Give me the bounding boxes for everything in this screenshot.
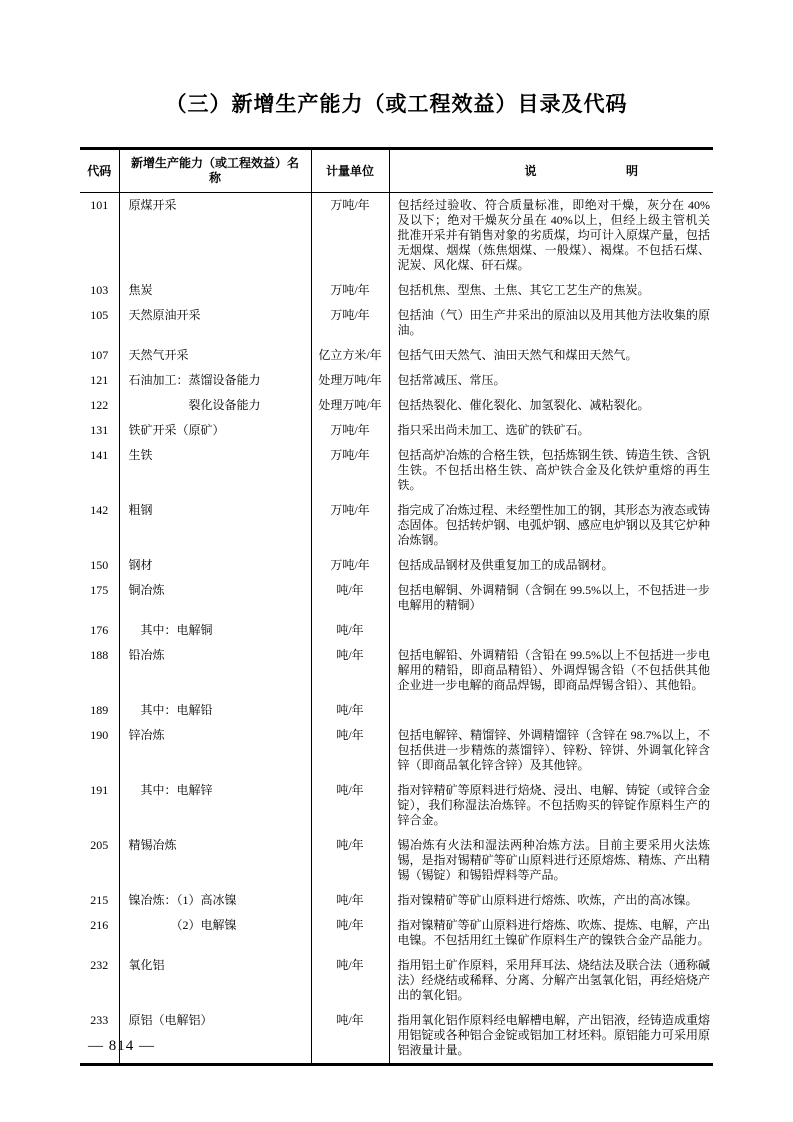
code-cell: 142 xyxy=(80,498,119,553)
header-name: 新增生产能力（或工程效益）名 称 xyxy=(119,149,311,193)
description-cell: 包括气田天然气、油田天然气和煤田天然气。 xyxy=(389,343,713,368)
description-cell: 指用氧化铝作原料经电解槽电解，产出铝液，经铸造成重熔用铝锭或各种铝合金锭或铝加工… xyxy=(389,1008,713,1065)
code-cell: 105 xyxy=(80,303,119,343)
page-number: — 814 — xyxy=(88,1038,155,1055)
name-cell: 锌冶炼 xyxy=(119,723,311,778)
code-cell: 101 xyxy=(80,193,119,279)
description-cell: 包括热裂化、催化裂化、加氢裂化、减粘裂化。 xyxy=(389,393,713,418)
table-row: 107 天然气开采 亿立方米/年 包括气田天然气、油田天然气和煤田天然气。 xyxy=(80,343,713,368)
table-row: 216 （2）电解镍 吨/年 指对镍精矿等矿山原料进行熔炼、吹炼、提炼、电解，产… xyxy=(80,913,713,953)
code-cell: 175 xyxy=(80,578,119,618)
code-cell: 131 xyxy=(80,418,119,443)
table-row: 122 裂化设备能力 处理万吨/年 包括热裂化、催化裂化、加氢裂化、减粘裂化。 xyxy=(80,393,713,418)
description-cell: 包括电解铅、外调精铅（含铅在 99.5%以上不包括进一步电解用的精铅，即商品精铅… xyxy=(389,643,713,698)
description-cell: 包括常减压、常压。 xyxy=(389,368,713,393)
code-cell: 215 xyxy=(80,888,119,913)
name-cell: 生铁 xyxy=(119,443,311,498)
table-row: 150 钢材 万吨/年 包括成品钢材及供重复加工的成品钢材。 xyxy=(80,553,713,578)
page-title: （三）新增生产能力（或工程效益）目录及代码 xyxy=(0,0,793,118)
unit-cell: 万吨/年 xyxy=(311,278,389,303)
description-cell: 锡冶炼有火法和湿法两种冶炼方法。目前主要采用火法炼锡，是指对锡精矿等矿山原料进行… xyxy=(389,833,713,888)
name-cell: 天然原油开采 xyxy=(119,303,311,343)
table-row: 188 铅冶炼 吨/年 包括电解铅、外调精铅（含铅在 99.5%以上不包括进一步… xyxy=(80,643,713,698)
code-cell: 122 xyxy=(80,393,119,418)
description-cell: 指对镍精矿等矿山原料进行熔炼、吹炼、提炼、电解，产出电镍。不包括用红土镍矿作原料… xyxy=(389,913,713,953)
unit-cell: 万吨/年 xyxy=(311,498,389,553)
description-cell xyxy=(389,698,713,723)
code-cell: 232 xyxy=(80,953,119,1008)
name-cell: 镍冶炼：（1）高冰镍 xyxy=(119,888,311,913)
description-cell: 包括成品钢材及供重复加工的成品钢材。 xyxy=(389,553,713,578)
table-row: 215 镍冶炼：（1）高冰镍 吨/年 指对镍精矿等矿山原料进行熔炼、吹炼，产出的… xyxy=(80,888,713,913)
name-cell: 焦炭 xyxy=(119,278,311,303)
unit-cell: 亿立方米/年 xyxy=(311,343,389,368)
name-cell: 铜冶炼 xyxy=(119,578,311,618)
table-header-row: 代码 新增生产能力（或工程效益）名 称 计量单位 说明 xyxy=(80,149,713,193)
name-cell: 其中：电解铅 xyxy=(119,698,311,723)
name-cell: 原煤开采 xyxy=(119,193,311,279)
code-cell: 190 xyxy=(80,723,119,778)
table-row: 103 焦炭 万吨/年 包括机焦、型焦、土焦、其它工艺生产的焦炭。 xyxy=(80,278,713,303)
name-cell: 裂化设备能力 xyxy=(119,393,311,418)
header-description: 说明 xyxy=(389,149,713,193)
description-cell: 包括电解锌、精馏锌、外调精馏锌（含锌在 98.7%以上，不包括供进一步精炼的蒸馏… xyxy=(389,723,713,778)
unit-cell: 处理万吨/年 xyxy=(311,393,389,418)
description-cell: 包括油（气）田生产井采出的原油以及用其他方法收集的原油。 xyxy=(389,303,713,343)
table-row: 205 精锡冶炼 吨/年 锡冶炼有火法和湿法两种冶炼方法。目前主要采用火法炼锡，… xyxy=(80,833,713,888)
unit-cell: 万吨/年 xyxy=(311,443,389,498)
table-row: 189 其中：电解铅 吨/年 xyxy=(80,698,713,723)
code-cell: 176 xyxy=(80,618,119,643)
table-row: 191 其中：电解锌 吨/年 指对锌精矿等原料进行焙烧、浸出、电解、铸锭（或锌合… xyxy=(80,778,713,833)
description-cell xyxy=(389,618,713,643)
code-cell: 216 xyxy=(80,913,119,953)
code-cell: 188 xyxy=(80,643,119,698)
name-cell: 钢材 xyxy=(119,553,311,578)
code-cell: 191 xyxy=(80,778,119,833)
description-cell: 指用铝土矿作原料，采用拜耳法、烧结法及联合法（通称碱法）经烧结或稀释、分离、分解… xyxy=(389,953,713,1008)
unit-cell: 吨/年 xyxy=(311,953,389,1008)
capacity-code-table: 代码 新增生产能力（或工程效益）名 称 计量单位 说明 101 原煤开采 万吨/… xyxy=(80,147,713,1066)
description-cell: 包括机焦、型焦、土焦、其它工艺生产的焦炭。 xyxy=(389,278,713,303)
table-row: 176 其中：电解铜 吨/年 xyxy=(80,618,713,643)
unit-cell: 吨/年 xyxy=(311,643,389,698)
name-cell: 石油加工：蒸馏设备能力 xyxy=(119,368,311,393)
name-cell: （2）电解镍 xyxy=(119,913,311,953)
unit-cell: 吨/年 xyxy=(311,578,389,618)
unit-cell: 万吨/年 xyxy=(311,418,389,443)
name-cell: 精锡冶炼 xyxy=(119,833,311,888)
unit-cell: 吨/年 xyxy=(311,618,389,643)
unit-cell: 吨/年 xyxy=(311,1008,389,1065)
table-row: 142 粗钢 万吨/年 指完成了冶炼过程、未经塑性加工的钢，其形态为液态或铸态固… xyxy=(80,498,713,553)
name-cell: 铅冶炼 xyxy=(119,643,311,698)
name-cell: 氧化铝 xyxy=(119,953,311,1008)
table-row: 141 生铁 万吨/年 包括高炉冶炼的合格生铁，包括炼钢生铁、铸造生铁、含钒生铁… xyxy=(80,443,713,498)
table-body: 101 原煤开采 万吨/年 包括经过验收、符合质量标准，即绝对干燥，灰分在 40… xyxy=(80,193,713,1065)
unit-cell: 吨/年 xyxy=(311,698,389,723)
description-cell: 指对镍精矿等矿山原料进行熔炼、吹炼，产出的高冰镍。 xyxy=(389,888,713,913)
description-cell: 指完成了冶炼过程、未经塑性加工的钢，其形态为液态或铸态固体。包括转炉钢、电弧炉钢… xyxy=(389,498,713,553)
unit-cell: 吨/年 xyxy=(311,913,389,953)
description-cell: 包括经过验收、符合质量标准，即绝对干燥，灰分在 40%及以下；绝对干燥灰分虽在 … xyxy=(389,193,713,279)
description-cell: 指只采出尚未加工、选矿的铁矿石。 xyxy=(389,418,713,443)
table-row: 131 铁矿开采（原矿） 万吨/年 指只采出尚未加工、选矿的铁矿石。 xyxy=(80,418,713,443)
table-row: 101 原煤开采 万吨/年 包括经过验收、符合质量标准，即绝对干燥，灰分在 40… xyxy=(80,193,713,279)
code-cell: 205 xyxy=(80,833,119,888)
table-row: 232 氧化铝 吨/年 指用铝土矿作原料，采用拜耳法、烧结法及联合法（通称碱法）… xyxy=(80,953,713,1008)
table-row: 233 原铝（电解铝） 吨/年 指用氧化铝作原料经电解槽电解，产出铝液，经铸造成… xyxy=(80,1008,713,1065)
code-cell: 121 xyxy=(80,368,119,393)
description-cell: 指对锌精矿等原料进行焙烧、浸出、电解、铸锭（或锌合金锭），我们称湿法冶炼锌。不包… xyxy=(389,778,713,833)
name-cell: 天然气开采 xyxy=(119,343,311,368)
code-cell: 103 xyxy=(80,278,119,303)
table-row: 121 石油加工：蒸馏设备能力 处理万吨/年 包括常减压、常压。 xyxy=(80,368,713,393)
description-cell: 包括电解铜、外调精铜（含铜在 99.5%以上，不包括进一步电解用的精铜） xyxy=(389,578,713,618)
unit-cell: 吨/年 xyxy=(311,833,389,888)
table-row: 190 锌冶炼 吨/年 包括电解锌、精馏锌、外调精馏锌（含锌在 98.7%以上，… xyxy=(80,723,713,778)
header-code: 代码 xyxy=(80,149,119,193)
code-cell: 150 xyxy=(80,553,119,578)
unit-cell: 吨/年 xyxy=(311,778,389,833)
name-cell: 其中：电解锌 xyxy=(119,778,311,833)
unit-cell: 吨/年 xyxy=(311,723,389,778)
name-cell: 其中：电解铜 xyxy=(119,618,311,643)
unit-cell: 万吨/年 xyxy=(311,193,389,279)
description-cell: 包括高炉冶炼的合格生铁，包括炼钢生铁、铸造生铁、含钒生铁。不包括出格生铁、高炉铁… xyxy=(389,443,713,498)
code-cell: 107 xyxy=(80,343,119,368)
unit-cell: 万吨/年 xyxy=(311,553,389,578)
unit-cell: 吨/年 xyxy=(311,888,389,913)
header-unit: 计量单位 xyxy=(311,149,389,193)
name-cell: 粗钢 xyxy=(119,498,311,553)
name-cell: 原铝（电解铝） xyxy=(119,1008,311,1065)
code-cell: 189 xyxy=(80,698,119,723)
code-cell: 141 xyxy=(80,443,119,498)
name-cell: 铁矿开采（原矿） xyxy=(119,418,311,443)
unit-cell: 万吨/年 xyxy=(311,303,389,343)
table-row: 175 铜冶炼 吨/年 包括电解铜、外调精铜（含铜在 99.5%以上，不包括进一… xyxy=(80,578,713,618)
code-cell: 233 xyxy=(80,1008,119,1065)
table-row: 105 天然原油开采 万吨/年 包括油（气）田生产井采出的原油以及用其他方法收集… xyxy=(80,303,713,343)
unit-cell: 处理万吨/年 xyxy=(311,368,389,393)
